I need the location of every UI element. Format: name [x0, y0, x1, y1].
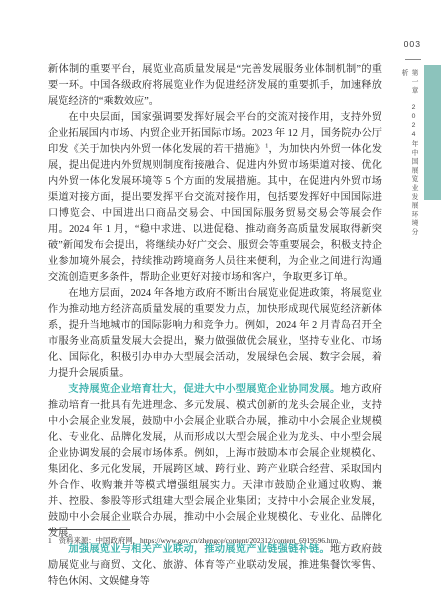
- footnote-text: 资料来源：中国政府网，https://www.gov.cn/zhengce/co…: [59, 536, 346, 545]
- paragraph-lead-sentence: 支持展览企业培育壮大，促进大中小型展览企业协同发展。: [68, 384, 340, 395]
- chapter-marker: 第一章2024年中国展览业发展环境分析: [398, 69, 418, 239]
- paragraph-text: 地方政府推动培育一批具有先进理念、多元发展、模式创新的龙头会展企业，支持中小会展…: [48, 384, 382, 539]
- main-text-column: 新体制的重要平台，展览业高质量发展是“完善发展服务业体制机制”的重要一环。中国各…: [48, 62, 382, 590]
- footnote: 1资料来源：中国政府网，https://www.gov.cn/zhengce/c…: [48, 536, 382, 546]
- book-page: 新体制的重要平台，展览业高质量发展是“完善发展服务业体制机制”的重要一环。中国各…: [0, 0, 441, 600]
- paragraph: 加强展览业与相关产业联动，推动展览产业链强链补链。地方政府鼓励展览业与商贸、文化…: [48, 542, 382, 590]
- page-number-divider: [405, 59, 421, 60]
- paragraph: 支持展览企业培育壮大，促进大中小型展览企业协同发展。地方政府推动培育一批具有先进…: [48, 382, 382, 542]
- paragraph: 在中央层面，国家强调要发挥好展会平台的交流对接作用，支持外贸企业拓展国内市场、内…: [48, 110, 382, 286]
- footnote-divider: [48, 529, 130, 530]
- footnote-marker: 1: [48, 536, 52, 546]
- chapter-accent-bar: [424, 65, 441, 200]
- paragraph-text: ，为加快内外贸一体化发展，提出促进内外贸规则制度衔接融合、促进内外贸市场渠道对接…: [48, 144, 382, 283]
- chapter-label: 第一章: [410, 69, 417, 95]
- footnote-area: 1资料来源：中国政府网，https://www.gov.cn/zhengce/c…: [48, 529, 382, 546]
- page-number: 003: [404, 39, 421, 49]
- paragraph-text: 新体制的重要平台，展览业高质量发展是“完善发展服务业体制机制”的重要一环。中国各…: [48, 64, 382, 107]
- paragraph: 在地方层面，2024 年各地方政府不断出台展览业促进政策，将展览业作为推动地方经…: [48, 286, 382, 382]
- paragraph-text: 在地方层面，2024 年各地方政府不断出台展览业促进政策，将展览业作为推动地方经…: [48, 288, 382, 379]
- paragraph: 新体制的重要平台，展览业高质量发展是“完善发展服务业体制机制”的重要一环。中国各…: [48, 62, 382, 110]
